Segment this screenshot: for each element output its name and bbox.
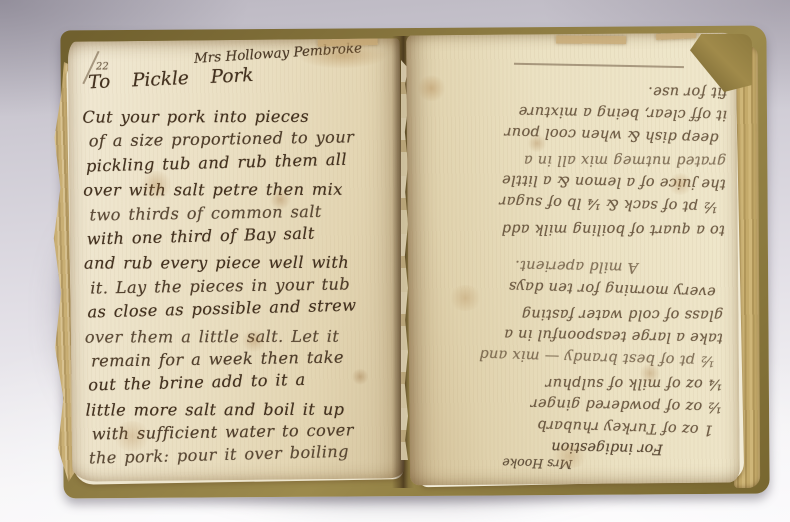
tape-repair (656, 33, 696, 40)
recipe-title: For indigestion (421, 436, 663, 457)
upside-down-text-block: Mrs Hooke For indigestion 1 oz of Turkey… (420, 61, 728, 475)
tape-repair (556, 36, 626, 45)
handwritten-line: glass of cold water fasting (423, 298, 723, 323)
left-page-text: Cut your pork into piecesof a size propo… (82, 104, 398, 473)
handwritten-line: grated nutmeg mix all in a (426, 144, 726, 169)
tape-repair (318, 38, 378, 46)
contributor-name: Mrs Hooke (420, 454, 572, 472)
handwritten-line: A mild aperient. (424, 248, 638, 275)
right-page: Mrs Hooke For indigestion 1 oz of Turkey… (406, 33, 740, 486)
handwritten-line: fit for use. (427, 75, 727, 100)
handwritten-line: ¼ oz of milk of sulphur (422, 367, 722, 392)
photograph: 22 Mrs Holloway Pembroke To Pickle Pork … (0, 0, 790, 522)
end-of-recipe-rule (514, 63, 684, 68)
recipe-title: To Pickle Pork (88, 65, 254, 93)
right-page-text: 1 oz of Turkey rhubarb½ oz of powdered g… (421, 71, 728, 438)
handwritten-line: to a quart of boiling milk add (425, 213, 725, 238)
left-page: 22 Mrs Holloway Pembroke To Pickle Pork … (68, 38, 405, 481)
